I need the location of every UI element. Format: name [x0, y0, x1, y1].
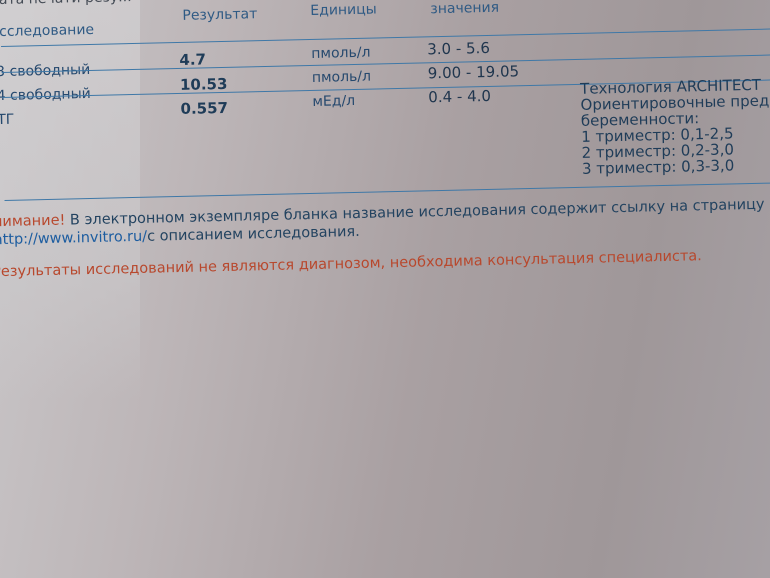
row-tsh-reference: 0.4 - 4.0	[428, 87, 491, 106]
row-t3-result: 4.7	[179, 50, 206, 69]
disclaimer: Результаты исследований не являются диаг…	[0, 248, 702, 280]
tsh-comment: Технология ARCHITECT Ориентировочные пре…	[580, 76, 770, 177]
table-bottom-rule	[5, 182, 770, 201]
header-test: Исследование	[0, 22, 94, 40]
row-tsh-units: мЕд/л	[312, 93, 355, 110]
row-tsh-test: ТТГ	[0, 112, 15, 129]
row-tsh-result: 0.557	[180, 99, 228, 118]
header-reference-2: значения	[430, 0, 499, 17]
lab-results-sheet: Дата печати резу... Исследование Результ…	[0, 0, 770, 578]
notice-text-2: с описанием исследования.	[147, 224, 360, 245]
header-rule	[1, 28, 770, 47]
header-result: Результат	[182, 6, 257, 24]
row-t3-reference: 3.0 - 5.6	[427, 39, 490, 58]
attention-word: Внимание!	[0, 213, 66, 231]
header-units: Единицы	[310, 1, 377, 19]
row-t3-units: пмоль/л	[311, 45, 371, 62]
print-date-label: Дата печати резу...	[0, 0, 132, 8]
row-t4-reference: 9.00 - 19.05	[428, 62, 520, 82]
row-rule	[2, 54, 770, 73]
invitro-link[interactable]: http://www.invitro.ru/	[0, 229, 147, 248]
row-t4-units: пмоль/л	[312, 69, 372, 86]
comment-line: 3 триместр: 0,3-3,0	[582, 156, 770, 177]
notice-text: В электронном экземпляре бланка название…	[65, 196, 770, 228]
notice-line-1: Внимание! В электронном экземпляре бланк…	[0, 196, 770, 230]
